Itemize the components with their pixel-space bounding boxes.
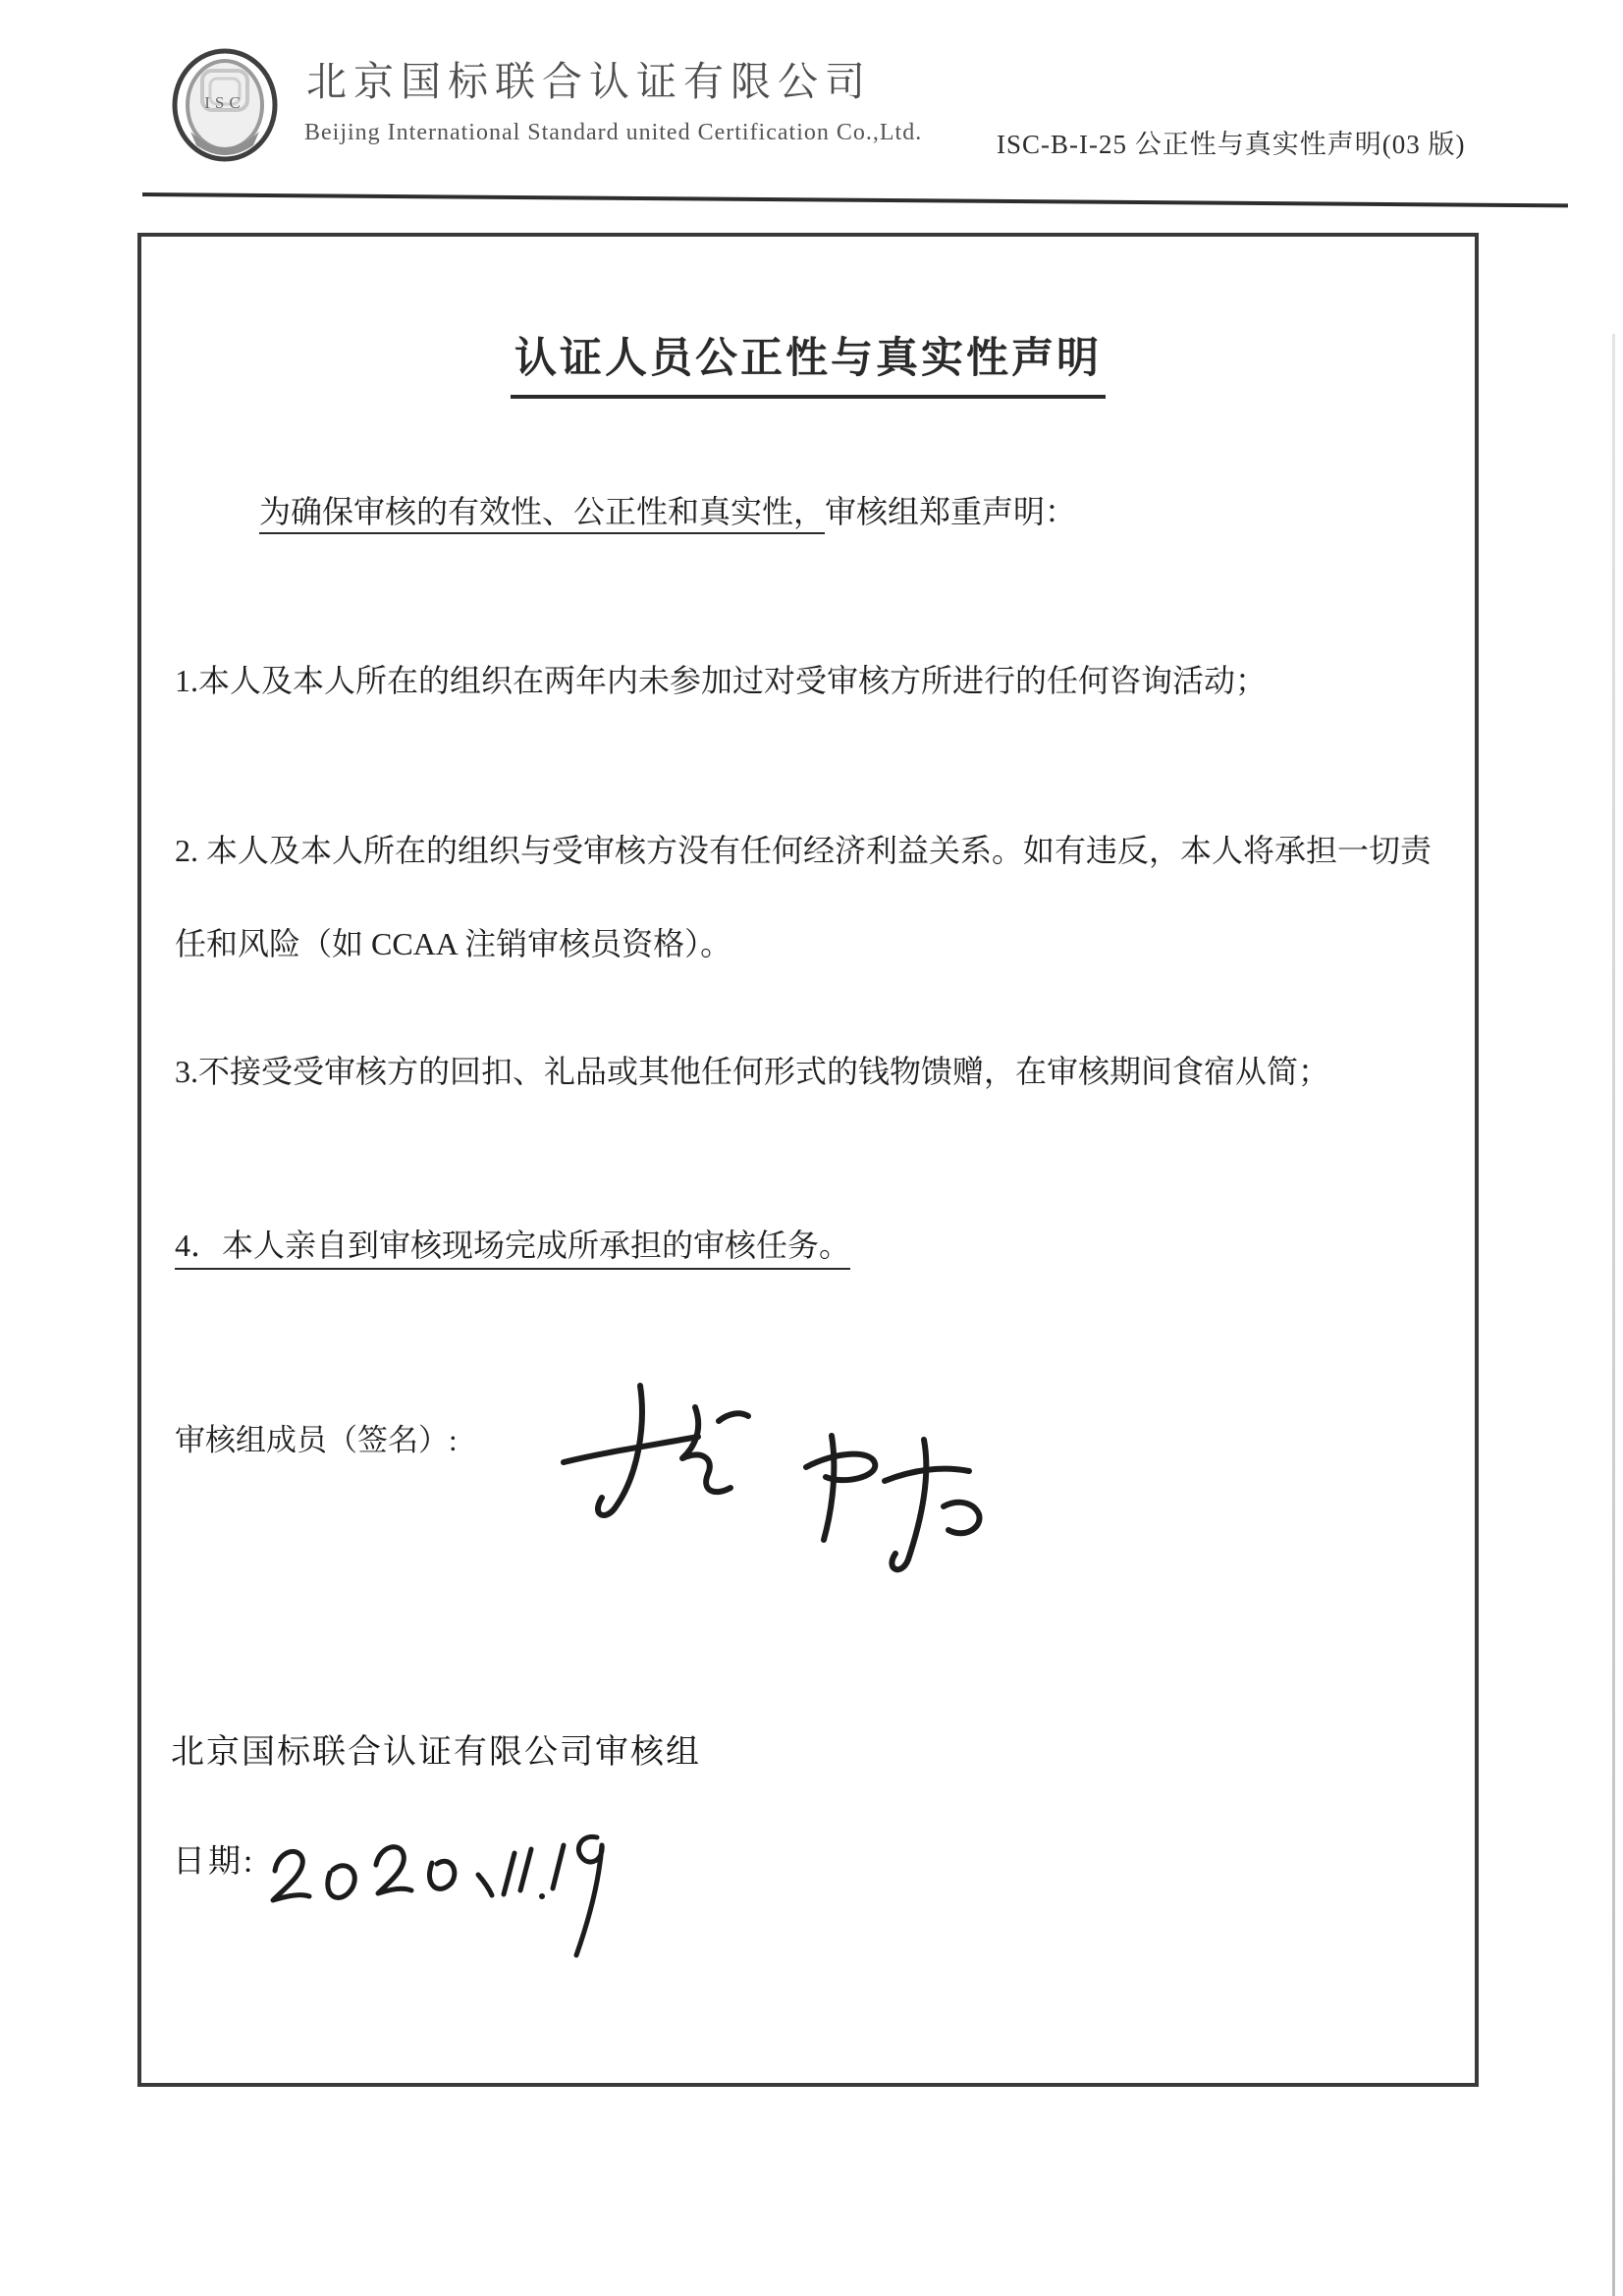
page-title-text: 认证人员公正性与真实性声明 (511, 325, 1106, 399)
scanner-edge-artifact (1612, 334, 1615, 2296)
isc-logo-icon: ISC (155, 45, 295, 167)
handwritten-signature-1 (546, 1366, 767, 1548)
handwritten-signature-2 (775, 1410, 1005, 1592)
declaration-box: 认证人员公正性与真实性声明 为确保审核的有效性、公正性和真实性，审核组郑重声明：… (137, 233, 1479, 2087)
declaration-item-3: 3.不接受受审核方的回扣、礼品或其他任何形式的钱物馈赠，在审核期间食宿从简； (175, 1025, 1456, 1119)
company-name-cn: 北京国标联合认证有限公司 (306, 49, 872, 107)
date-label: 日期: (173, 1835, 255, 1882)
document-reference: ISC-B-I-25 公正性与真实性声明(03 版) (997, 123, 1465, 161)
declaration-item-4: 4．本人亲自到审核现场完成所承担的审核任务。 (175, 1199, 1456, 1292)
intro-rest-text: 审核组郑重声明： (825, 494, 1076, 529)
signature-label: 审核组成员（签名）: (175, 1415, 458, 1459)
intro-paragraph: 为确保审核的有效性、公正性和真实性，审核组郑重声明： (259, 467, 1437, 556)
page-title: 认证人员公正性与真实性声明 (141, 325, 1475, 399)
team-line: 北京国标联合认证有限公司审核组 (171, 1724, 701, 1773)
intro-underlined-text: 为确保审核的有效性、公正性和真实性， (259, 494, 825, 529)
page-header: ISC 北京国标联合认证有限公司 Beijing International S… (0, 0, 1623, 226)
declaration-item-2: 2. 本人及本人所在的组织与受审核方没有任何经济利益关系。如有违反，本人将承担一… (175, 804, 1456, 991)
company-name-en: Beijing International Standard united Ce… (304, 120, 922, 146)
svg-text:ISC: ISC (204, 93, 244, 112)
handwritten-date (247, 1800, 630, 1982)
declaration-item-1: 1.本人及本人所在的组织在两年内未参加过对受审核方所进行的任何咨询活动； (175, 634, 1456, 728)
item-4-underlined-text: 4．本人亲自到审核现场完成所承担的审核任务。 (175, 1228, 850, 1263)
header-divider (142, 192, 1568, 207)
